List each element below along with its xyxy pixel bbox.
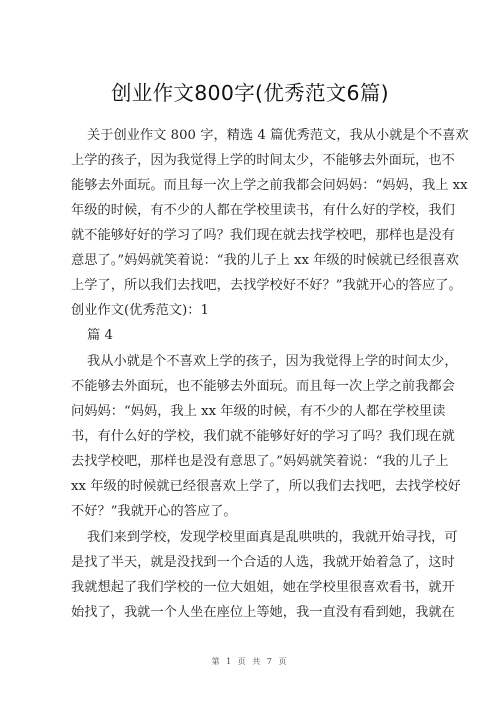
text-line: 创业作文(优秀范文)：1 [71,299,431,318]
text-line: 始找了，我就一个人坐在座位上等她，我一直没有看到她，我就在 [71,601,431,620]
page-footer: 第 1 页 共 7 页 [0,656,500,667]
text-line: 是找了半天，就是没找到一个合适的人选，我就开始着急了，这时 [71,551,431,570]
text-line: 去找学校吧，那样也是没有意思了。”妈妈就笑着说：“我的儿子上 [71,450,431,469]
text-line: 上学了，所以我们去找吧，去找学校好不好？”我就开心的答应了。 [71,274,431,293]
text-line: 我从小就是个不喜欢上学的孩子，因为我觉得上学的时间太少， [87,350,447,369]
text-line: 就不能够好好的学习了吗？我们现在就去找学校吧，那样也是没有 [71,224,431,243]
text-line: 意思了。”妈妈就笑着说：“我的儿子上 xx 年级的时候就已经很喜欢 [71,249,431,268]
text-line: 我们来到学校，发现学校里面真是乱哄哄的，我就开始寻找，可 [87,526,447,545]
text-line: 上学的孩子，因为我觉得上学的时间太少，不能够去外面玩，也不 [71,149,431,168]
text-line: 关于创业作文 800 字，精选 4 篇优秀范文，我从小就是个不喜欢 [87,124,447,143]
text-line: 我就想起了我们学校的一位大姐姐，她在学校里很喜欢看书，就开 [71,576,431,595]
text-line: 篇 4 [87,324,447,343]
document-title: 创业作文800字(优秀范文6篇) [0,76,500,106]
text-line: 年级的时候，有不少的人都在学校里读书，有什么好的学校，我们 [71,199,431,218]
text-line: xx 年级的时候就已经很喜欢上学了，所以我们去找吧，去找学校好 [71,475,431,494]
text-line: 不能够去外面玩，也不能够去外面玩。而且每一次上学之前我都会 [71,375,431,394]
text-line: 问妈妈：“妈妈，我上 xx 年级的时候，有不少的人都在学校里读 [71,400,431,419]
text-line: 能够去外面玩。而且每一次上学之前我都会问妈妈：“妈妈，我上 xx [71,174,431,193]
text-line: 不好？”我就开心的答应了。 [71,500,431,519]
text-line: 书，有什么好的学校，我们就不能够好好的学习了吗？我们现在就 [71,425,431,444]
